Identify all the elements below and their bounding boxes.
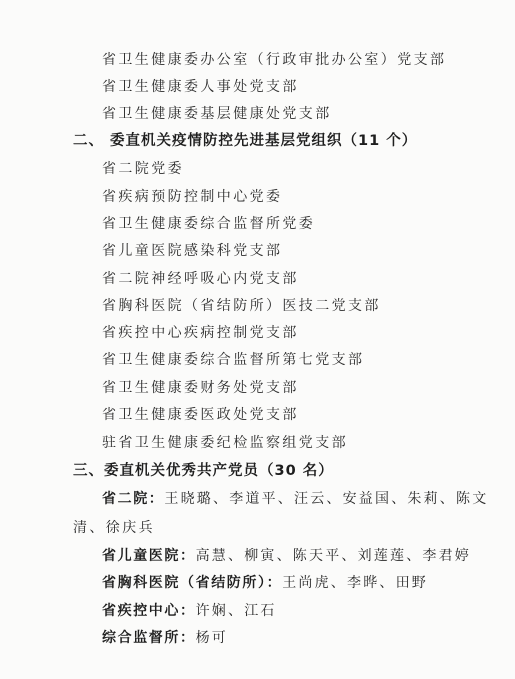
org-list-item: 省二院神经呼吸心内党支部 <box>102 270 299 288</box>
member-org: 省儿童医院： <box>102 548 196 564</box>
member-names-continuation: 清、徐庆兵 <box>73 519 155 537</box>
org-list-item: 省儿童医院感染科党支部 <box>102 242 282 260</box>
member-group: 省疾控中心：许娴、江石 <box>102 602 277 620</box>
member-names: 高慧、柳寅、陈天平、刘莲莲、李君婷 <box>196 548 471 564</box>
section-heading-2: 二、 委直机关疫情防控先进基层党组织（11 个） <box>73 132 417 150</box>
org-list-item: 省卫生健康委基层健康处党支部 <box>102 105 332 123</box>
document-page: 省卫生健康委办公室（行政审批办公室）党支部 省卫生健康委人事处党支部 省卫生健康… <box>0 0 515 679</box>
org-list-item: 省二院党委 <box>102 160 184 178</box>
org-list-item: 省卫生健康委综合监督所第七党支部 <box>102 351 364 369</box>
org-list-item: 驻省卫生健康委纪检监察组党支部 <box>102 434 348 452</box>
org-list-item: 省卫生健康委人事处党支部 <box>102 78 299 96</box>
member-group: 综合监督所：杨可 <box>102 629 228 647</box>
org-list-item: 省卫生健康委综合监督所党委 <box>102 215 315 233</box>
member-org: 省二院： <box>102 491 164 507</box>
member-names: 王晓璐、李道平、汪云、安益国、朱莉、陈文 <box>164 491 488 507</box>
member-group: 省二院：王晓璐、李道平、汪云、安益国、朱莉、陈文 <box>102 490 488 508</box>
member-org: 省胸科医院（省结防所）： <box>102 575 282 591</box>
org-list-item: 省卫生健康委办公室（行政审批办公室）党支部 <box>102 51 446 69</box>
member-names: 王尚虎、李晔、田野 <box>282 575 428 591</box>
member-org: 综合监督所： <box>102 630 196 646</box>
org-list-item: 省疾病预防控制中心党委 <box>102 188 282 206</box>
org-list-item: 省卫生健康委医政处党支部 <box>102 406 299 424</box>
member-names: 杨可 <box>196 630 228 646</box>
org-list-item: 省卫生健康委财务处党支部 <box>102 379 299 397</box>
member-group: 省儿童医院：高慧、柳寅、陈天平、刘莲莲、李君婷 <box>102 547 471 565</box>
org-list-item: 省胸科医院（省结防所）医技二党支部 <box>102 297 381 315</box>
section-heading-3: 三、委直机关优秀共产党员（30 名） <box>73 462 334 480</box>
member-group: 省胸科医院（省结防所）：王尚虎、李晔、田野 <box>102 574 428 592</box>
member-org: 省疾控中心： <box>102 603 196 619</box>
org-list-item: 省疾控中心疾病控制党支部 <box>102 324 299 342</box>
member-names: 许娴、江石 <box>196 603 277 619</box>
